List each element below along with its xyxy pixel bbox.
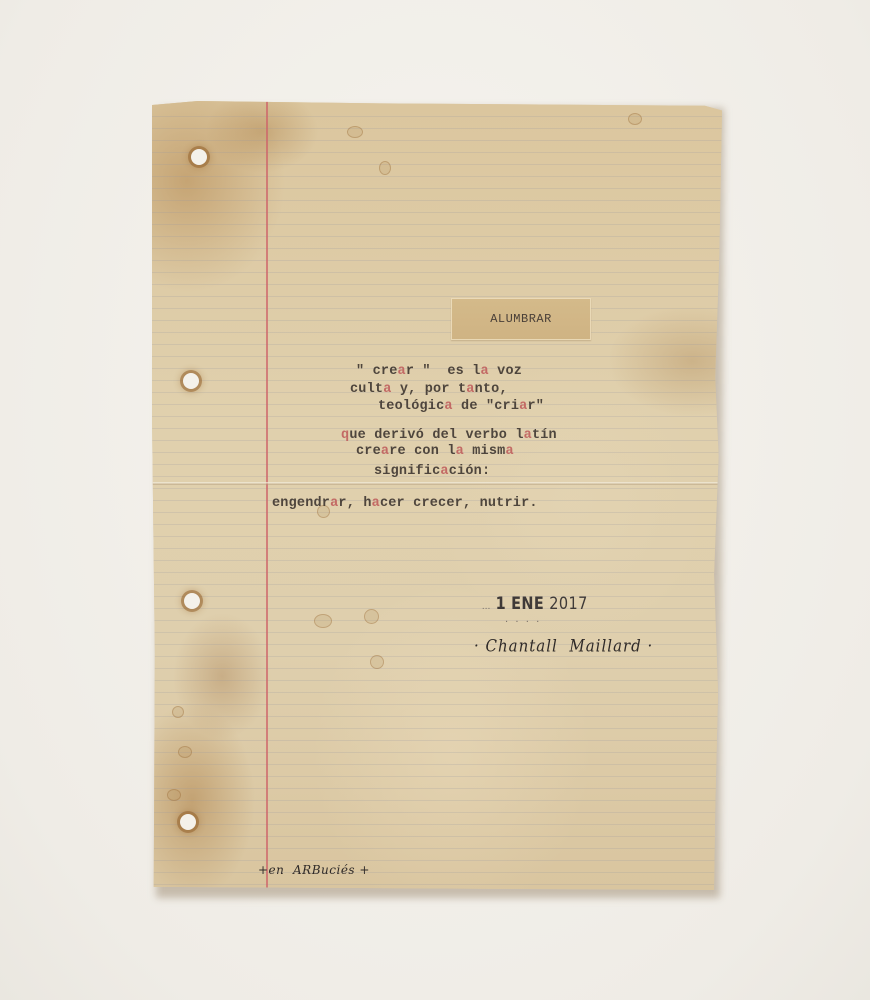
tea-stain	[370, 655, 384, 669]
handwritten-location-note: +en ARBuciés +	[258, 863, 370, 877]
tea-stain	[172, 706, 184, 718]
typed-line-4: que derivó del verbo latín	[341, 428, 557, 443]
typed-line-3: teológica de "criar"	[378, 399, 544, 414]
punch-hole-1	[191, 149, 207, 165]
stamp-dots: · · · ·	[505, 617, 541, 628]
tea-stain	[379, 161, 391, 175]
typed-line-6: significación:	[374, 464, 490, 479]
fold-crease	[152, 482, 722, 485]
aged-paper-sheet: ALUMBRAR " crear " es la voz culta y, po…	[152, 101, 722, 890]
typed-line-7: engendrar, hacer crecer, nutrir.	[272, 496, 538, 511]
tea-stain	[628, 113, 642, 125]
stamp-prefix: ...	[482, 602, 491, 612]
typed-line-2: culta y, por tanto,	[350, 382, 508, 397]
punch-hole-3	[184, 593, 200, 609]
date-stamp: ... 1 ENE 2017	[482, 594, 588, 614]
punch-hole-2	[183, 373, 199, 389]
tea-stain	[178, 746, 192, 758]
tea-stain	[347, 126, 363, 138]
tea-stain	[167, 789, 181, 801]
label-title: ALUMBRAR	[490, 312, 552, 326]
stamp-year: 2017	[549, 594, 587, 614]
punch-hole-4	[180, 814, 196, 830]
red-margin-line	[266, 101, 268, 890]
tea-stain	[314, 614, 332, 628]
stamp-month: ENE	[511, 594, 544, 614]
title-label-strip: ALUMBRAR	[451, 298, 591, 340]
typed-line-1: " crear " es la voz	[356, 364, 522, 379]
handwritten-signature: · Chantall Maillard ·	[474, 636, 653, 656]
tea-stain	[364, 609, 379, 624]
typed-line-5: creare con la misma	[356, 444, 514, 459]
stamp-day: 1	[496, 594, 506, 614]
